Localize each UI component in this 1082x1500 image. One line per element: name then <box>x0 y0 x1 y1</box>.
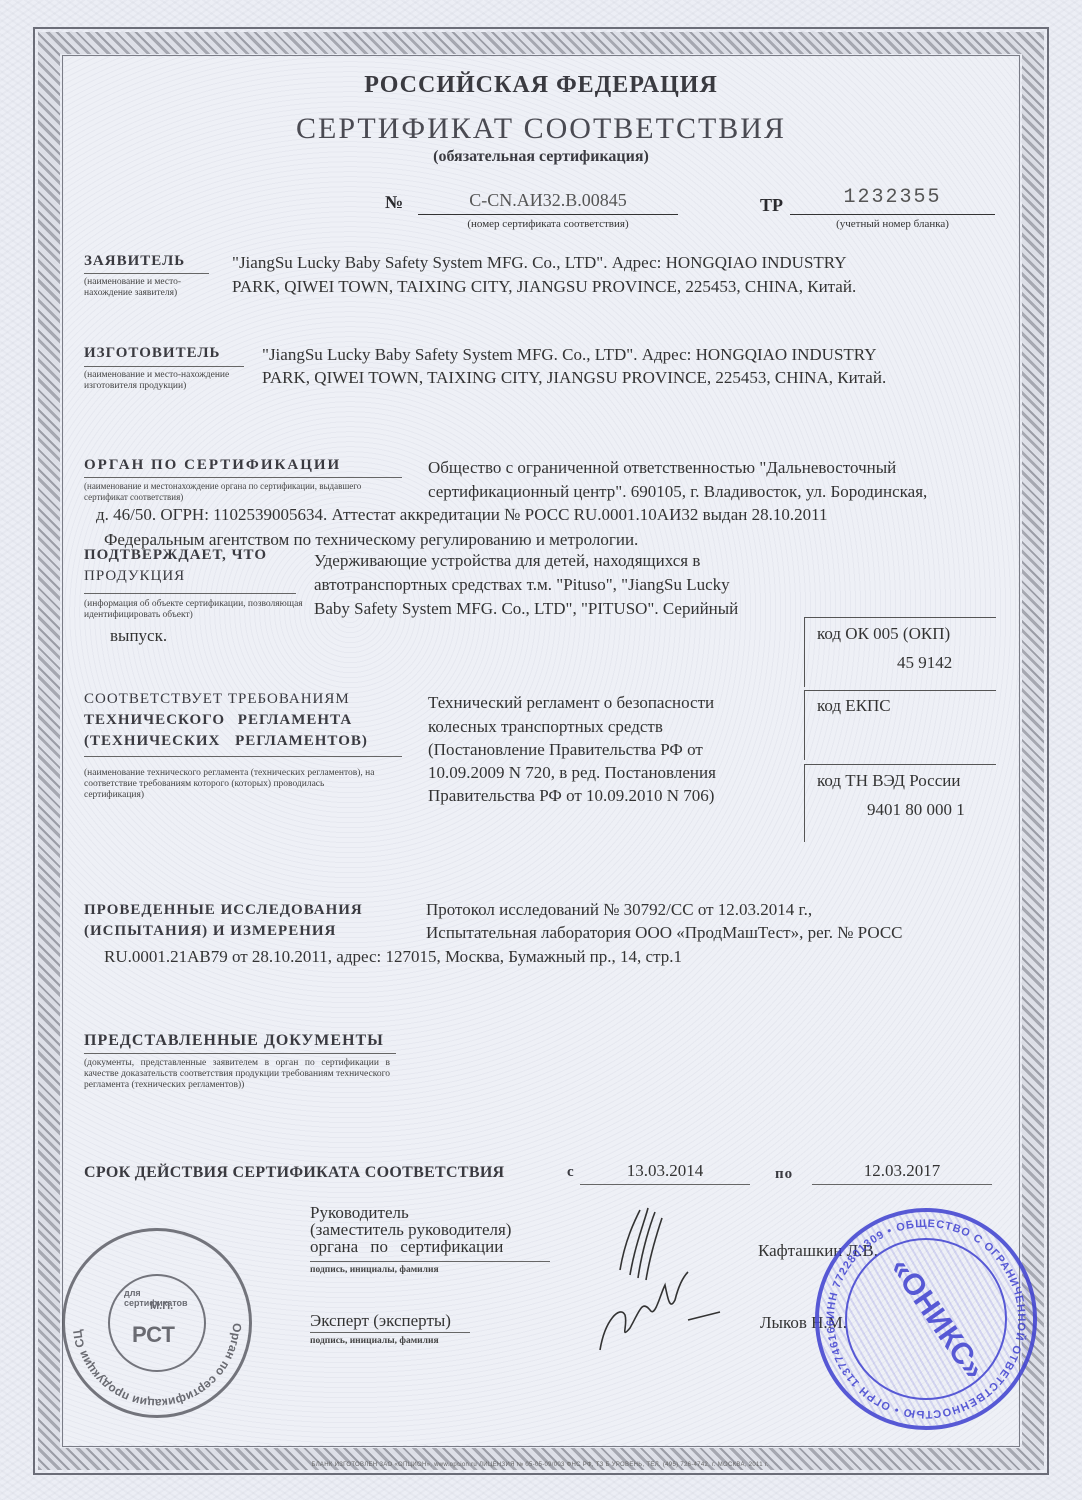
validity-from-word: с <box>567 1164 575 1181</box>
manufacturer-label: ИЗГОТОВИТЕЛЬ <box>84 345 220 362</box>
document-title: СЕРТИФИКАТ СООТВЕТСТВИЯ <box>0 112 1082 146</box>
signature-scribble-icon <box>580 1200 750 1360</box>
conformity-line-5: Правительства РФ от 10.09.2010 N 706) <box>428 785 714 807</box>
expert-signature-rule <box>310 1332 470 1333</box>
tests-label-line-2: (ИСПЫТАНИЯ) И ИЗМЕРЕНИЯ <box>84 923 336 940</box>
validity-to-underline <box>812 1184 992 1185</box>
head-signature-rule <box>310 1261 550 1262</box>
validity-from-date: 13.03.2014 <box>580 1160 750 1182</box>
head-title-line-3: органа по сертификации <box>310 1238 503 1255</box>
conformity-label-line-1: СООТВЕТСТВУЕТ ТРЕБОВАНИЯМ <box>84 691 350 708</box>
applicant-caption: (наименование и место-нахождение заявите… <box>84 277 214 299</box>
company-stamp: ИНН 7722801309 • ОБЩЕСТВО С ОГРАНИЧЕННОЙ… <box>815 1208 1037 1430</box>
certification-body-label: ОРГАН ПО СЕРТИФИКАЦИИ <box>84 457 341 474</box>
applicant-line-1: "JiangSu Lucky Baby Safety System MFG. C… <box>232 252 846 274</box>
stamp-center-name: «ОНИКС» <box>883 1252 991 1386</box>
blank-number-caption: (учетный номер бланка) <box>790 218 995 230</box>
product-caption: (информация об объекте сертификации, поз… <box>84 599 304 621</box>
blank-number-label: ТР <box>760 195 783 216</box>
okp-code-value: 45 9142 <box>897 653 952 673</box>
tests-line-1: Протокол исследований № 30792/СС от 12.0… <box>426 899 812 921</box>
certification-body-stamp: Орган по сертификации продукции СЦ ООО "… <box>62 1228 252 1418</box>
validity-label: СРОК ДЕЙСТВИЯ СЕРТИФИКАТА СООТВЕТСТВИЯ <box>84 1164 504 1182</box>
validity-to-word: по <box>775 1166 793 1183</box>
certification-body-rule <box>84 477 402 478</box>
certificate-number-caption: (номер сертификата соответствия) <box>418 218 678 230</box>
document-subtitle: (обязательная сертификация) <box>0 148 1082 166</box>
product-rule <box>84 593 296 594</box>
applicant-rule <box>84 273 209 274</box>
tests-label-line-1: ПРОВЕДЕННЫЕ ИССЛЕДОВАНИЯ <box>84 902 363 919</box>
manufacturer-line-2: PARK, QIWEI TOWN, TAIXING CITY, JIANGSU … <box>262 367 886 389</box>
certification-body-line-1: Общество с ограниченной ответственностью… <box>428 457 896 479</box>
tnved-code-box: код ТН ВЭД России 9401 80 000 1 <box>804 764 996 842</box>
documents-caption: (документы, представленные заявителем в … <box>84 1058 390 1091</box>
product-label-line-1: ПОДТВЕРЖДАЕТ, ЧТО <box>84 547 267 564</box>
head-signature-caption: подпись, инициалы, фамилия <box>310 1265 439 1276</box>
certification-body-line-2: сертификационный центр". 690105, г. Влад… <box>428 481 927 503</box>
number-sign: № <box>385 192 403 213</box>
ekps-code-box: код ЕКПС <box>804 690 996 760</box>
conformity-caption: (наименование технического регламента (т… <box>84 768 384 801</box>
stamp-mark: М.П. <box>150 1300 173 1312</box>
tnved-code-label: код ТН ВЭД России <box>817 771 960 791</box>
conformity-label-line-2: ТЕХНИЧЕСКОГО РЕГЛАМЕНТА <box>84 712 352 729</box>
manufacturer-caption: (наименование и место-нахождение изготов… <box>84 370 234 392</box>
expert-label: Эксперт (эксперты) <box>310 1310 451 1332</box>
certificate-number-underline <box>418 214 678 215</box>
product-line-2: автотранспортных средствах т.м. "Pituso"… <box>314 574 730 596</box>
stamp-inner-ring: «ОНИКС» <box>845 1238 1007 1400</box>
ekps-code-label: код ЕКПС <box>817 696 891 716</box>
product-line-3: Baby Safety System MFG. Co., LTD", "PITU… <box>314 598 738 620</box>
manufacturer-rule <box>84 366 244 367</box>
documents-rule <box>84 1053 396 1054</box>
validity-from-underline <box>580 1184 750 1185</box>
conformity-label-line-3: (ТЕХНИЧЕСКИХ РЕГЛАМЕНТОВ) <box>84 733 368 750</box>
conformity-rule <box>84 756 402 757</box>
certificate-number: С-CN.АИ32.В.00845 <box>418 190 678 211</box>
product-label-line-2: ПРОДУКЦИЯ <box>84 568 185 585</box>
product-line-4: выпуск. <box>110 625 167 647</box>
certification-body-line-3: д. 46/50. ОГРН: 1102539005634. Аттестат … <box>96 504 827 526</box>
conformity-line-2: колесных транспортных средств <box>428 716 663 738</box>
applicant-label: ЗАЯВИТЕЛЬ <box>84 253 185 270</box>
rst-logo-icon: РСТ <box>132 1322 175 1348</box>
okp-code-box: код ОК 005 (ОКП) 45 9142 <box>804 617 996 687</box>
printer-footer: БЛАНК ИЗГОТОВЛЕН ЗАО «ОПЦИОН», www.opcio… <box>260 1462 820 1468</box>
certification-body-caption: (наименование и местонахождение органа п… <box>84 481 404 503</box>
applicant-line-2: PARK, QIWEI TOWN, TAIXING CITY, JIANGSU … <box>232 276 856 298</box>
head-title-line-1: Руководитель <box>310 1204 409 1221</box>
okp-code-label: код ОК 005 (ОКП) <box>817 624 950 644</box>
tests-line-2: Испытательная лаборатория ООО «ПродМашТе… <box>426 922 903 944</box>
expert-signature-caption: подпись, инициалы, фамилия <box>310 1336 439 1347</box>
blank-number-underline <box>790 214 995 215</box>
conformity-line-3: (Постановление Правительства РФ от <box>428 739 703 761</box>
conformity-line-4: 10.09.2009 N 720, в ред. Постановления <box>428 762 716 784</box>
manufacturer-line-1: "JiangSu Lucky Baby Safety System MFG. C… <box>262 344 876 366</box>
documents-label: ПРЕДСТАВЛЕННЫЕ ДОКУМЕНТЫ <box>84 1032 384 1050</box>
blank-number: 1232355 <box>790 186 995 209</box>
tests-line-3: RU.0001.21АВ79 от 28.10.2011, адрес: 127… <box>104 946 682 968</box>
stamp-inner-ring: для сертификатов М.П. РСТ <box>108 1274 206 1372</box>
head-title-line-2: (заместитель руководителя) <box>310 1221 511 1238</box>
validity-to-date: 12.03.2017 <box>812 1160 992 1182</box>
tnved-code-value: 9401 80 000 1 <box>867 800 965 820</box>
conformity-line-1: Технический регламент о безопасности <box>428 692 714 714</box>
country-heading: РОССИЙСКАЯ ФЕДЕРАЦИЯ <box>0 72 1082 99</box>
product-line-1: Удерживающие устройства для детей, наход… <box>314 550 700 572</box>
